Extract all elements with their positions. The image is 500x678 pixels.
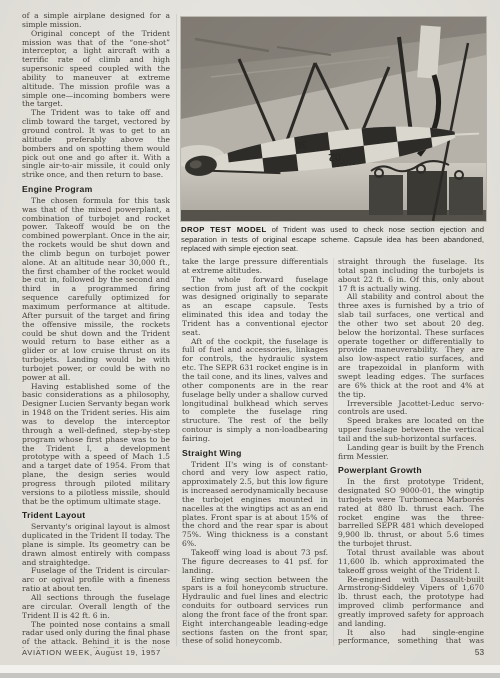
scan-edge-gray bbox=[0, 673, 500, 678]
flap-panel bbox=[417, 25, 441, 78]
text-column-right: straight through the fuselage. Its total… bbox=[338, 258, 484, 646]
paragraph: Original concept of the Trident mission … bbox=[22, 30, 170, 110]
paragraph: Total thrust available was about 11,600 … bbox=[338, 549, 484, 576]
journal-date-line: AVIATION WEEK, August 19, 1957 bbox=[22, 648, 161, 657]
paragraph: All sections through the fuselage are ci… bbox=[22, 594, 170, 621]
section-heading: Powerplant Growth bbox=[338, 466, 484, 475]
paragraph: It also had single-engine performance, s… bbox=[338, 629, 484, 646]
paragraph: The whole forward fuselage section from … bbox=[182, 276, 328, 338]
scan-edge-light bbox=[0, 665, 500, 673]
paragraph: Having established some of the basic con… bbox=[22, 383, 170, 507]
photo-caption: DROP TEST MODEL of Trident was used to c… bbox=[181, 225, 484, 254]
paragraph: Aft of the cockpit, the fuselage is full… bbox=[182, 338, 328, 444]
paragraph: Re-engined with Dassault-built Armstrong… bbox=[338, 576, 484, 629]
paragraph: The chosen formula for this task was tha… bbox=[22, 197, 170, 383]
column-rule bbox=[176, 14, 177, 646]
paragraph: Trident II's wing is of constant-chord a… bbox=[182, 461, 328, 549]
paragraph: All stability and control about the thre… bbox=[338, 293, 484, 399]
section-heading: Engine Program bbox=[22, 185, 170, 194]
section-heading: Straight Wing bbox=[182, 449, 328, 458]
paragraph: straight through the fuselage. Its total… bbox=[338, 258, 484, 293]
paragraph: Landing gear is built by the French firm… bbox=[338, 444, 484, 462]
paragraph: Takeoff wing load is about 73 psf. The f… bbox=[182, 549, 328, 576]
paragraph: Speed brakes are located on the upper fu… bbox=[338, 417, 484, 444]
paragraph: The pointed nose contains a small radar … bbox=[22, 621, 170, 648]
paragraph: The Trident was to take off and climb to… bbox=[22, 109, 170, 180]
page-footer: AVIATION WEEK, August 19, 1957 53 bbox=[22, 648, 484, 657]
model-marking: 02 bbox=[328, 150, 342, 163]
paragraph: take the large pressure differentials at… bbox=[182, 258, 328, 276]
paragraph: of a simple airplane designed for a simp… bbox=[22, 12, 170, 30]
model-marking: 30 bbox=[294, 138, 308, 151]
paragraph: Servanty's original layout is almost dup… bbox=[22, 523, 170, 567]
paragraph: Entire wing section between the spars is… bbox=[182, 576, 328, 646]
paragraph: Fuselage of the Trident is circular-arc … bbox=[22, 567, 170, 594]
magazine-page-scan: { "footer": { "journal_line": "AVIATION … bbox=[0, 0, 500, 678]
section-heading: Trident Layout bbox=[22, 511, 170, 520]
drop-test-photo: 30 02 bbox=[181, 17, 486, 221]
text-column-middle: take the large pressure differentials at… bbox=[182, 258, 328, 646]
photo-block: 30 02 bbox=[181, 17, 486, 221]
paragraph: Irreversible Jacottet-Leduc servo-contro… bbox=[338, 400, 484, 418]
text-column-left: of a simple airplane designed for a simp… bbox=[22, 12, 170, 648]
paragraph: In the first prototype Trident, designat… bbox=[338, 478, 484, 549]
caption-lead: DROP TEST MODEL bbox=[181, 225, 267, 234]
column-rule bbox=[333, 258, 334, 646]
page-number: 53 bbox=[475, 648, 484, 657]
